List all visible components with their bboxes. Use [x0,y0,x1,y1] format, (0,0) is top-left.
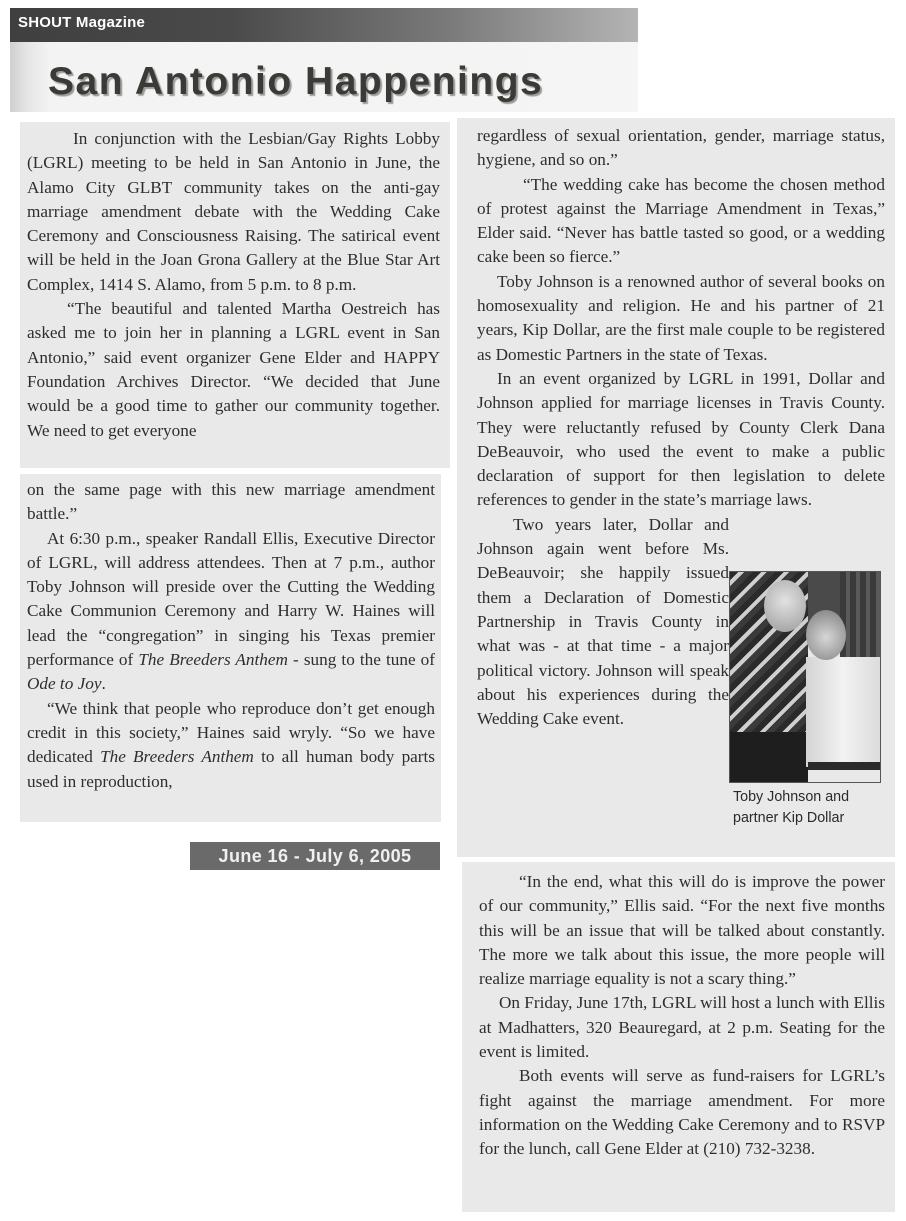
photo-toby-johnson-kip-dollar [729,571,881,783]
paragraph: “We think that people who reproduce don’… [27,697,435,794]
masthead-bar: SHOUT Magazine [10,8,638,42]
paragraph: regardless of sexual orientation, gender… [477,124,885,173]
song-title: Ode to Joy [27,674,101,693]
paragraph-text: At 6:30 p.m., speaker Randall Ellis, Exe… [27,529,435,669]
article-left-block-1: In conjunction with the Lesbian/Gay Righ… [20,122,450,468]
article-left-block-2: on the same page with this new marriage … [20,474,441,822]
photo-detail [806,657,880,767]
paragraph: “The wedding cake has become the chosen … [477,173,885,270]
song-title: The Breeders Anthem [138,650,288,669]
paragraph: Toby Johnson is a renowned author of sev… [477,270,885,367]
photo-caption: Toby Johnson and partner Kip Dollar [733,787,883,829]
photo-person-2 [806,610,846,660]
paragraph-text: . [101,674,105,693]
photo-detail [808,762,880,770]
paragraph-text: - sung to the tune of [288,650,435,669]
photo-detail [730,732,808,783]
issue-date-badge: June 16 - July 6, 2005 [190,842,440,870]
page-title: San Antonio Happenings [48,60,543,104]
paragraph: In conjunction with the Lesbian/Gay Righ… [27,127,440,297]
paragraph: On Friday, June 17th, LGRL will host a l… [479,991,885,1064]
paragraph: Both events will serve as fund-raisers f… [479,1064,885,1161]
paragraph: Two years later, Dollar and Johnson agai… [477,513,729,732]
article-right-block-2: “In the end, what this will do is improv… [462,862,895,1212]
photo-person-1 [764,580,806,632]
paragraph: “The beautiful and talented Martha Oestr… [27,297,440,443]
publication-name: SHOUT Magazine [18,14,145,31]
paragraph: In an event organized by LGRL in 1991, D… [477,367,885,513]
song-title: The Breeders Anthem [100,747,254,766]
paragraph: At 6:30 p.m., speaker Randall Ellis, Exe… [27,527,435,697]
paragraph: on the same page with this new marriage … [27,478,435,527]
paragraph: “In the end, what this will do is improv… [479,870,885,991]
section-title-band: San Antonio Happenings [10,42,638,112]
